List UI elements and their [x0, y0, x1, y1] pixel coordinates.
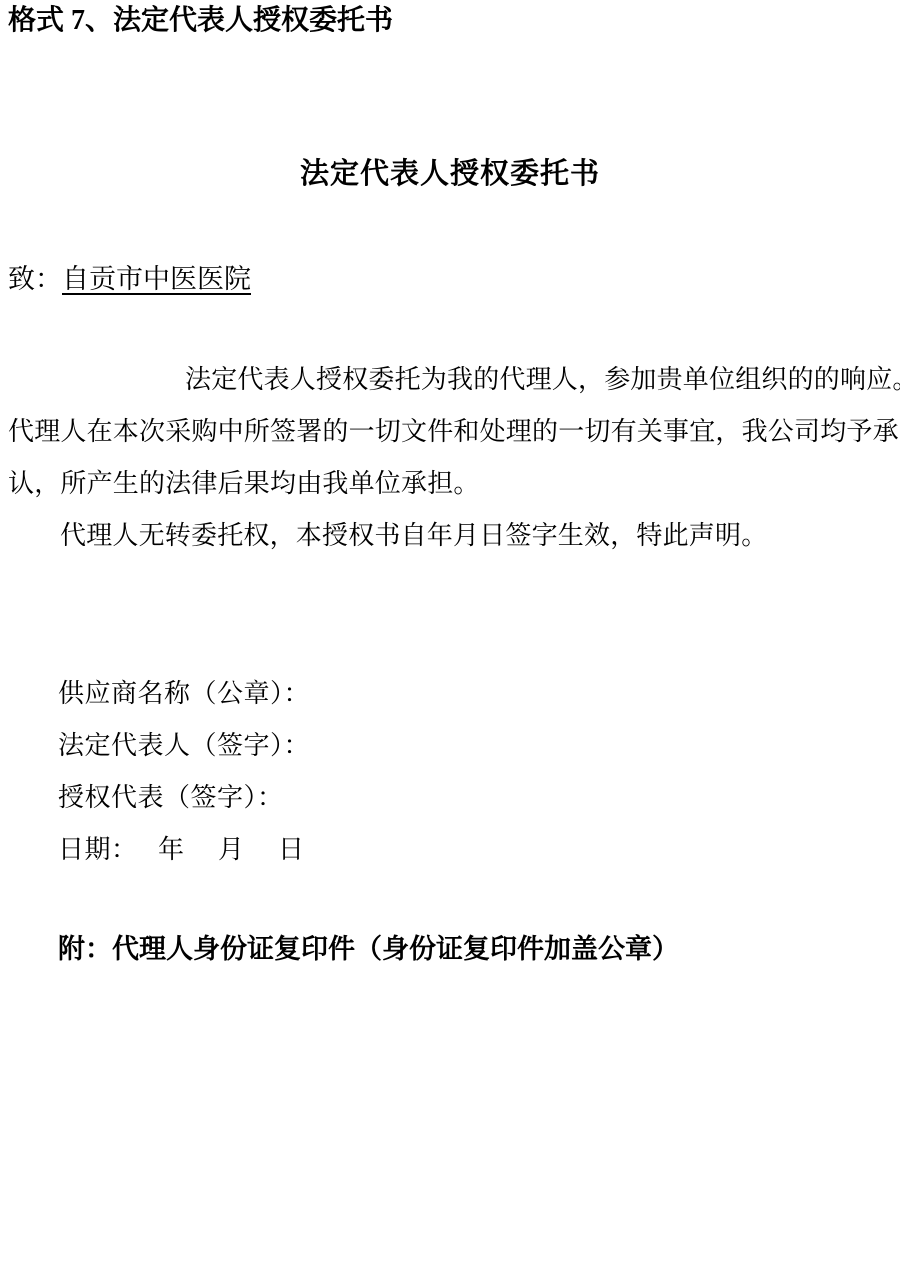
- body-line-2: 代理人在本次采购中所签署的一切文件和处理的一切有关事宜，我公司均予承: [8, 406, 896, 458]
- supplier-name-line: 供应商名称（公章）：: [58, 668, 310, 720]
- date-line: 日期： 年 月 日: [58, 824, 310, 876]
- addressee-line: 致：自贡市中医医院: [8, 261, 251, 297]
- body-line-1: 法定代表人授权委托为我的代理人，参加贵单位组织的的响应。: [8, 354, 896, 406]
- legal-representative-line: 法定代表人（签字）：: [58, 720, 310, 772]
- document-title: 法定代表人授权委托书: [0, 156, 900, 192]
- format-heading: 格式 7、法定代表人授权委托书: [8, 4, 393, 38]
- authorized-representative-line: 授权代表（签字）：: [58, 772, 310, 824]
- attachment-note: 附：代理人身份证复印件（身份证复印件加盖公章）: [58, 930, 679, 968]
- signature-block: 供应商名称（公章）： 法定代表人（签字）： 授权代表（签字）： 日期： 年 月 …: [58, 668, 310, 876]
- body-line-3: 认，所产生的法律后果均由我单位承担。: [8, 458, 896, 510]
- body-paragraphs: 法定代表人授权委托为我的代理人，参加贵单位组织的的响应。 代理人在本次采购中所签…: [8, 354, 896, 562]
- body-line-4: 代理人无转委托权，本授权书自年月日签字生效，特此声明。: [8, 510, 896, 562]
- addressee-name: 自贡市中医医院: [62, 264, 251, 294]
- document-page: 格式 7、法定代表人授权委托书 法定代表人授权委托书 致：自贡市中医医院 法定代…: [0, 0, 900, 1265]
- addressee-label: 致：: [8, 264, 62, 294]
